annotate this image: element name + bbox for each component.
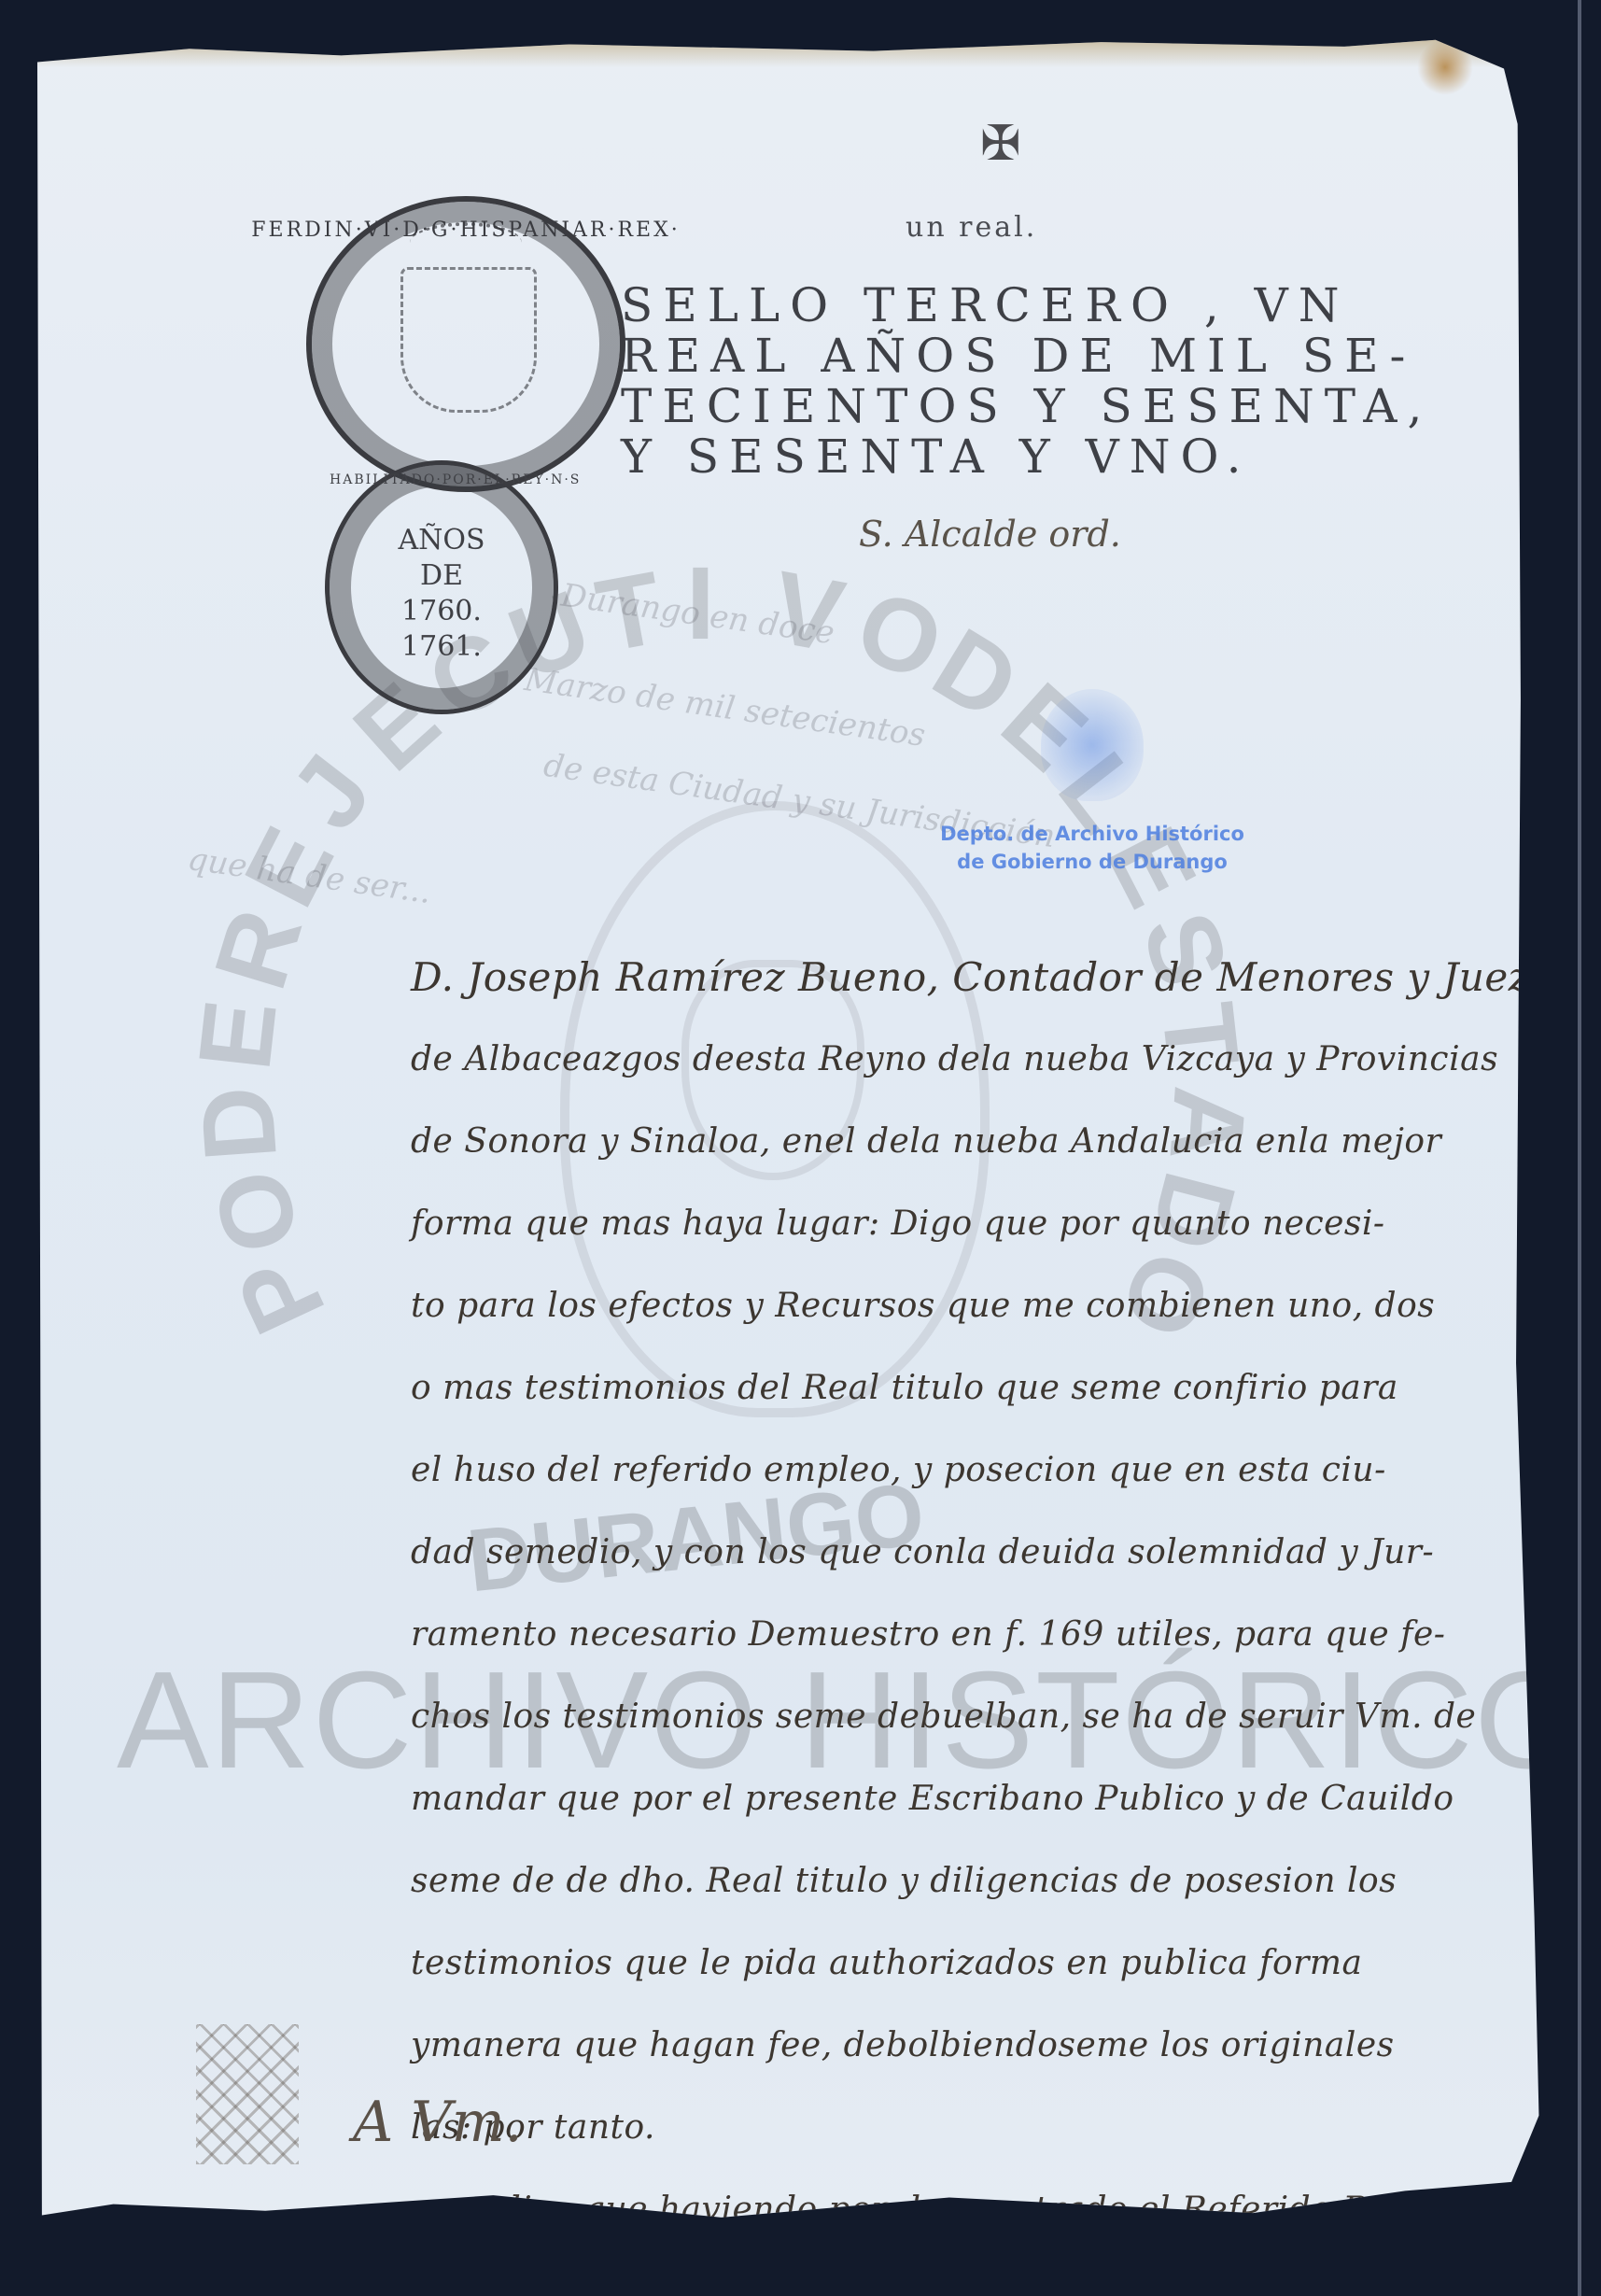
frame-edge (1578, 0, 1581, 2296)
cross-icon: ✠ (980, 116, 1021, 172)
sello-line: Y SESENTA Y VNO. (621, 431, 1461, 482)
body-line: ramento necesario Demuestro en f. 169 ut… (411, 1594, 1587, 1676)
date-seal-line: 1760. (330, 594, 554, 629)
watermark-arc-letter: E (176, 994, 301, 1076)
document-page: PODEREJECUTIVODELESTADO DURANGO ARCHIVO … (37, 35, 1557, 2248)
date-seal-line: AÑOS (330, 523, 554, 558)
sello-line: REAL AÑOS DE MIL SE- (621, 331, 1461, 381)
archive-stamp-line: de Gobierno de Durango (938, 848, 1246, 876)
body-line: ymanera que hagan fee, debolbiendoseme l… (411, 2005, 1587, 2087)
archive-stamp-line: Depto. de Archivo Histórico (938, 820, 1246, 848)
date-seal-line: DE (330, 558, 554, 594)
archive-stamp: Depto. de Archivo Histórico de Gobierno … (938, 689, 1246, 876)
body-line: forma que mas haya lugar: Digo que por q… (411, 1183, 1587, 1265)
date-seal-legend: HABILITADO·POR·EL·REY·N·S (330, 472, 554, 487)
royal-seal: FERDIN·VI·D·G·HISPANIAR·REX· (306, 196, 625, 492)
body-line: D. Joseph Ramírez Bueno, Contador de Men… (411, 937, 1587, 1019)
royal-seal-legend: FERDIN·VI·D·G·HISPANIAR·REX· (325, 215, 607, 473)
date-seal-years: AÑOS DE 1760. 1761. (330, 523, 554, 665)
alcalde-signature: S. Alcalde ord. (859, 514, 1121, 555)
closing-line: suplico que haviendo por demonstrado el … (448, 2169, 1587, 2251)
body-line: chos los testimonios seme debuelban, se … (411, 1676, 1587, 1758)
watermark-arc-letter: D (177, 1082, 301, 1164)
date-seal: HABILITADO·POR·EL·REY·N·S AÑOS DE 1760. … (325, 460, 558, 714)
body-line: o mas testimonios del Real titulo que se… (411, 1347, 1587, 1430)
date-seal-line: 1761. (330, 629, 554, 665)
body-line: dad semedio, y con los que conla deuida … (411, 1512, 1587, 1594)
sello-line: SELLO TERCERO , VN (621, 280, 1461, 331)
edge-stain (37, 35, 1557, 67)
body-line: de Sonora y Sinaloa, enel dela nueba And… (411, 1101, 1587, 1183)
margin-scribble-icon (196, 2024, 299, 2164)
sello-header: SELLO TERCERO , VN REAL AÑOS DE MIL SE- … (621, 280, 1461, 482)
margin-mark: A Vm. (353, 2090, 523, 2155)
body-line: las: por tanto. (411, 2087, 1587, 2169)
body-line: el huso del referido empleo, y posecion … (411, 1430, 1587, 1512)
body-line: seme de de dho. Real titulo y diligencia… (411, 1840, 1587, 1923)
body-line: testimonios que le pida authorizados en … (411, 1923, 1587, 2005)
body-line: de Albaceazgos deesta Reyno dela nueba V… (411, 1019, 1587, 1101)
body-line: to para los efectos y Recursos que me co… (411, 1265, 1587, 1347)
body-line: mandar que por el presente Escribano Pub… (411, 1758, 1587, 1840)
value-line: un real. (906, 211, 1037, 244)
petition-body: D. Joseph Ramírez Bueno, Contador de Men… (411, 937, 1587, 2251)
corner-stain (1417, 39, 1473, 95)
eagle-emblem-icon (1041, 689, 1144, 801)
sello-line: TECIENTOS Y SESENTA, (621, 381, 1461, 431)
